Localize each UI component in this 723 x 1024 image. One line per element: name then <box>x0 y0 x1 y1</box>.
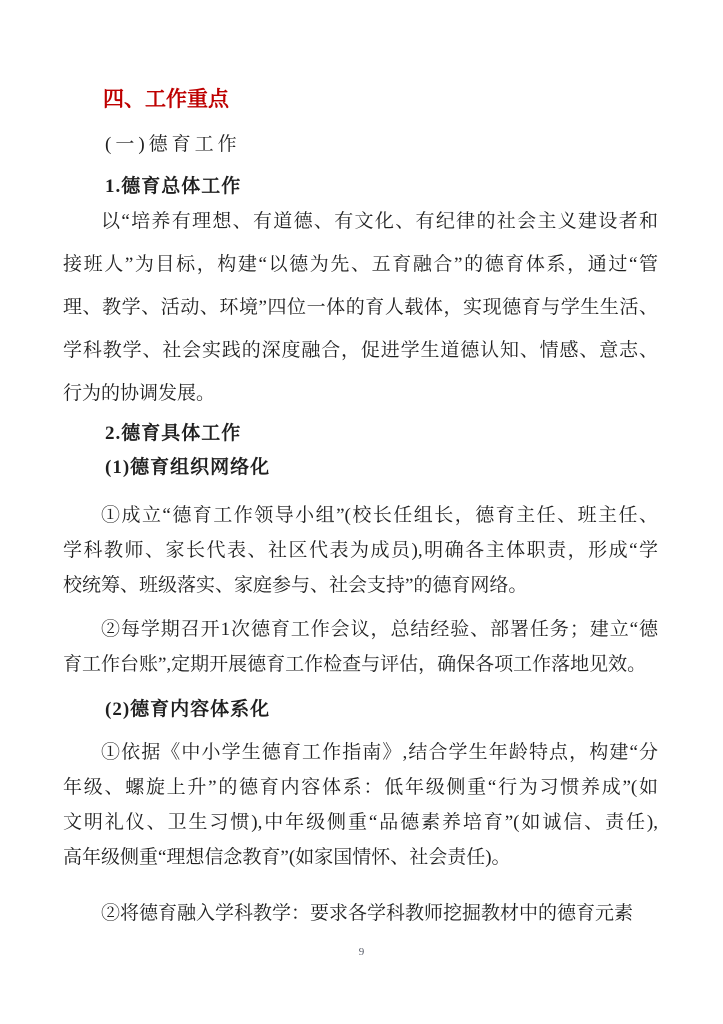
text-line: ②将德育融入学科教学：要求各学科教师挖掘教材中的德育元素 <box>63 896 658 931</box>
paragraph-content-system-1: ①依据《中小学生德育工作指南》,结合学生年龄特点，构建“分年级、螺旋上升”的德育… <box>63 735 658 875</box>
paragraph-org-network-1: ①成立“德育工作领导小组”(校长任组长，德育主任、班主任、学科教师、家长代表、社… <box>63 498 658 603</box>
document-body: 四、工作重点 (一)德育工作 1.德育总体工作 以“培养有理想、有道德、有文化、… <box>63 88 658 931</box>
document-page: 四、工作重点 (一)德育工作 1.德育总体工作 以“培养有理想、有道德、有文化、… <box>0 0 723 1024</box>
heading-specific-work: 2.德育具体工作 <box>63 421 658 447</box>
text-line: 学科教学、社会实践的深度融合，促进学生道德认知、情感、意志、 <box>63 329 658 372</box>
page-number: 9 <box>0 946 723 958</box>
text-line: 年级、螺旋上升”的德育内容体系：低年级侧重“行为习惯养成”(如 <box>63 770 658 805</box>
text-line: 理、教学、活动、环境”四位一体的育人载体，实现德育与学生生活、 <box>63 286 658 329</box>
paragraph-content-system-2: ②将德育融入学科教学：要求各学科教师挖掘教材中的德育元素 <box>63 896 658 931</box>
text-line: 校统筹、班级落实、家庭参与、社会支持”的德育网络。 <box>63 568 658 603</box>
heading-content-system: (2)德育内容体系化 <box>63 697 658 723</box>
text-line: 文明礼仪、卫生习惯),中年级侧重“品德素养培育”(如诚信、责任), <box>63 805 658 840</box>
text-line: 育工作台账”,定期开展德育工作检查与评估，确保各项工作落地见效。 <box>63 647 658 682</box>
text-line: ①成立“德育工作领导小组”(校长任组长，德育主任、班主任、 <box>63 498 658 533</box>
text-line: 高年级侧重“理想信念教育”(如家国情怀、社会责任)。 <box>63 840 658 875</box>
heading-org-network: (1)德育组织网络化 <box>63 455 658 481</box>
subsection-title: (一)德育工作 <box>63 132 658 158</box>
text-line: 以“培养有理想、有道德、有文化、有纪律的社会主义建设者和 <box>63 200 658 243</box>
text-line: 行为的协调发展。 <box>63 372 658 415</box>
text-line: ①依据《中小学生德育工作指南》,结合学生年龄特点，构建“分 <box>63 735 658 770</box>
text-line: ②每学期召开1次德育工作会议，总结经验、部署任务；建立“德 <box>63 612 658 647</box>
heading-overall-work: 1.德育总体工作 <box>63 174 658 200</box>
text-line: 学科教师、家长代表、社区代表为成员),明确各主体职责，形成“学 <box>63 533 658 568</box>
section-title: 四、工作重点 <box>63 88 658 112</box>
paragraph-org-network-2: ②每学期召开1次德育工作会议，总结经验、部署任务；建立“德育工作台账”,定期开展… <box>63 612 658 682</box>
text-line: 接班人”为目标，构建“以德为先、五育融合”的德育体系，通过“管 <box>63 243 658 286</box>
paragraph-overall-work: 以“培养有理想、有道德、有文化、有纪律的社会主义建设者和接班人”为目标，构建“以… <box>63 200 658 415</box>
